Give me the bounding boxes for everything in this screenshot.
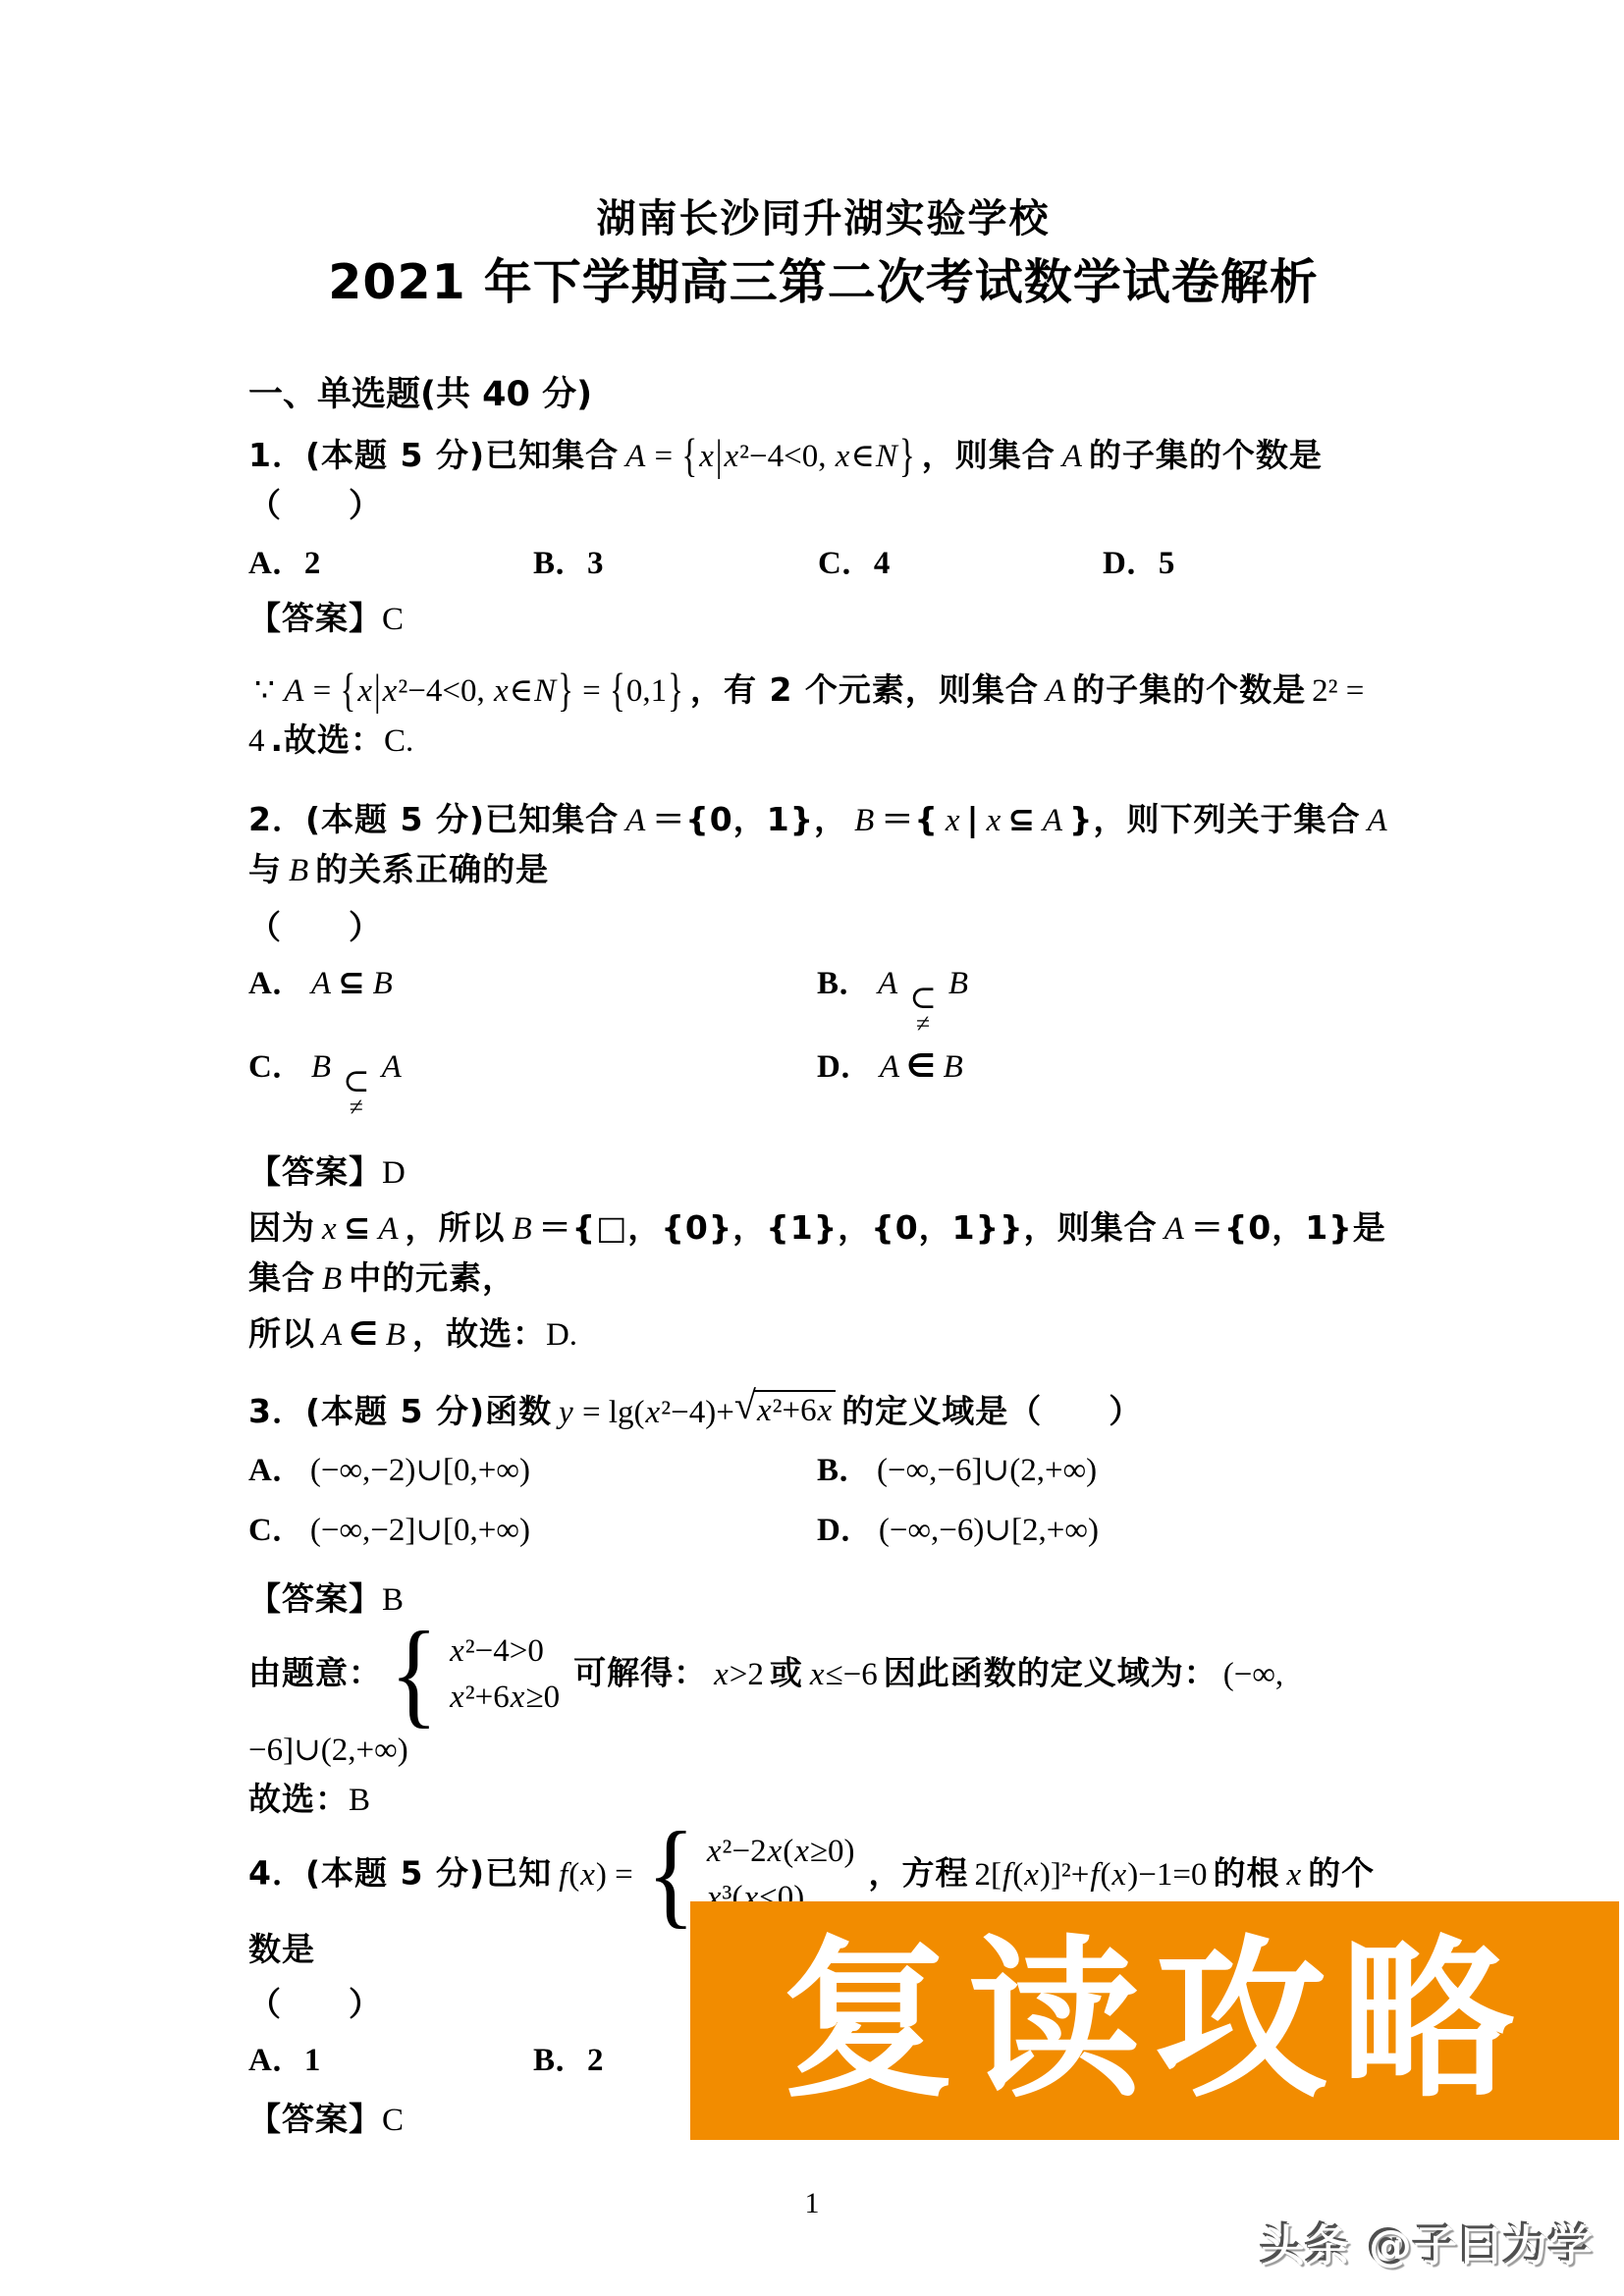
text-run: 1．(本题 5 分)已知集合 bbox=[248, 436, 619, 474]
math-var: f bbox=[1001, 1857, 1012, 1893]
option-label: C． bbox=[248, 1513, 304, 1548]
proper-subset-symbol: ⊂≠ bbox=[343, 1066, 370, 1120]
math-var: x bbox=[756, 1393, 773, 1428]
math-var: x bbox=[986, 803, 1002, 838]
math-run: B bbox=[947, 966, 969, 1001]
question-2-explanation-line-1: 因为x⊆A，所以B＝{□，{0}，{1}，{0，1}}，则集合A＝{0，1}是集… bbox=[248, 1203, 1398, 1304]
math-run: A = {x|x²−4<0, x∈N} bbox=[624, 439, 916, 474]
question-2-stem: 2．(本题 5 分)已知集合A＝{0，1}，B＝{x|x⊆A}，则下列关于集合A… bbox=[248, 795, 1398, 895]
option-label: D． bbox=[817, 1513, 873, 1548]
text-run: 中的元素， bbox=[349, 1258, 515, 1297]
question-1-options: A．2 B．3 C．4 D．5 bbox=[248, 538, 1398, 588]
math-run: A bbox=[310, 966, 332, 1001]
serif-run: B bbox=[349, 1783, 370, 1818]
math-var: A bbox=[310, 966, 332, 1001]
math-run: B bbox=[321, 1261, 343, 1297]
math-var: A bbox=[1042, 803, 1063, 838]
brace: } bbox=[898, 420, 916, 492]
text-run: ⊆ bbox=[1007, 800, 1036, 838]
text-run: ，有 2 个元素，则集合 bbox=[690, 670, 1039, 709]
text-run: ，则集合 bbox=[922, 436, 1056, 474]
math-run: x≤−6 bbox=[809, 1657, 878, 1692]
serif-run: C bbox=[382, 2103, 404, 2138]
text-run: ＝{□，{0}，{1}，{0，1}}，则集合 bbox=[539, 1208, 1158, 1247]
not-equal-icon: ≠ bbox=[350, 1095, 363, 1120]
option-label: C．4 bbox=[818, 546, 890, 581]
math-run: A bbox=[1045, 673, 1066, 709]
option-label: B．2 bbox=[533, 2043, 604, 2078]
text-run: ⊆ bbox=[344, 1208, 372, 1247]
math-var: A bbox=[1045, 673, 1066, 709]
brace: } bbox=[667, 655, 684, 726]
option-a: A．2 bbox=[248, 538, 533, 588]
math-var: y bbox=[558, 1395, 574, 1430]
text-run: ⊆ bbox=[338, 963, 366, 1001]
option-b: B．(−∞,−6]∪(2,+∞) bbox=[817, 1445, 1398, 1495]
radicand: x²+6x bbox=[754, 1390, 836, 1431]
option-label: A．1 bbox=[248, 2043, 320, 2078]
text-run: | bbox=[967, 800, 980, 838]
page-title: 2021 年下学期高三第二次考试数学试卷解析 bbox=[248, 251, 1398, 314]
text-run: 与 bbox=[248, 850, 282, 888]
brace: } bbox=[557, 655, 574, 726]
math-run: B bbox=[853, 803, 875, 838]
option-a: A．1 bbox=[248, 2035, 533, 2085]
math-var: N bbox=[533, 673, 557, 709]
math-var: x bbox=[356, 673, 373, 709]
math-var: x bbox=[1285, 1857, 1302, 1893]
math-var: B bbox=[310, 1049, 332, 1085]
option-label: B． bbox=[817, 1453, 871, 1488]
math-var: A bbox=[381, 1049, 403, 1085]
math-run: (−∞,−6]∪(2,+∞) bbox=[877, 1453, 1097, 1488]
math-var: x bbox=[382, 673, 399, 709]
math-run: A bbox=[1042, 803, 1063, 838]
text-run: （ ） bbox=[248, 908, 382, 946]
math-var: A bbox=[1367, 803, 1388, 838]
math-run: A bbox=[1367, 803, 1388, 838]
watermark: 头条 @子曰为学 bbox=[1262, 2211, 1595, 2273]
text-run: 可解得： bbox=[573, 1654, 707, 1692]
option-label: D．5 bbox=[1103, 546, 1174, 581]
option-label: A． bbox=[248, 966, 304, 1001]
question-3-options-row-2: C．(−∞,−2]∪[0,+∞) D．(−∞,−6)∪[2,+∞) bbox=[248, 1505, 1398, 1555]
sqrt: √x²+6x bbox=[734, 1390, 836, 1431]
banner-text: 复读攻略 bbox=[782, 1935, 1528, 2108]
option-c: C．(−∞,−2]∪[0,+∞) bbox=[248, 1505, 817, 1555]
text-run: 的根 bbox=[1213, 1854, 1279, 1893]
math-run: (−∞,−2]∪[0,+∞) bbox=[310, 1513, 530, 1548]
math-var: x bbox=[713, 1657, 730, 1692]
option-c: C．4 bbox=[818, 538, 1103, 588]
question-3-options-row-1: A．(−∞,−2)∪[0,+∞) B．(−∞,−6]∪(2,+∞) bbox=[248, 1445, 1398, 1495]
math-run: A bbox=[321, 1317, 343, 1353]
text-run: 【答案】 bbox=[248, 2100, 382, 2138]
math-run: A bbox=[1061, 439, 1083, 474]
function-name: lg bbox=[609, 1395, 634, 1430]
math-run: 2[f(x)]²+f(x)−1=0 bbox=[975, 1857, 1208, 1893]
math-var: x bbox=[723, 439, 739, 474]
math-run: x>2 bbox=[713, 1657, 764, 1692]
math-var: x bbox=[510, 1680, 526, 1715]
text-run: （ ） bbox=[248, 1985, 382, 2023]
math-var: A bbox=[624, 803, 646, 838]
math-var: B bbox=[511, 1211, 532, 1247]
question-2-explanation-line-2: 所以A∈B，故选：D. bbox=[248, 1309, 1398, 1360]
banner: 复读攻略 bbox=[690, 1901, 1619, 2140]
math-var: x bbox=[493, 673, 510, 709]
text-run: 3．(本题 5 分)函数 bbox=[248, 1392, 552, 1430]
question-1-stem: 1．(本题 5 分)已知集合A = {x|x²−4<0, x∈N}，则集合A的子… bbox=[248, 431, 1398, 530]
math-run: (−∞,−6)∪[2,+∞) bbox=[879, 1513, 1099, 1548]
option-b: B．3 bbox=[533, 538, 818, 588]
text-run: 的定义域是（ ） bbox=[841, 1392, 1142, 1430]
math-var: A bbox=[1164, 1211, 1185, 1247]
text-run: }，则下列关于集合 bbox=[1069, 800, 1361, 838]
math-var: A bbox=[624, 439, 646, 474]
math-var: A bbox=[283, 673, 304, 709]
math-run: B bbox=[372, 966, 394, 1001]
text-run: ∈ bbox=[349, 1314, 379, 1353]
math-var: B bbox=[947, 966, 969, 1001]
math-var: x bbox=[835, 439, 851, 474]
question-3-conclusion: 故选：B bbox=[248, 1775, 1398, 1825]
text-run: 由题意： bbox=[248, 1654, 382, 1692]
math-var: A bbox=[1061, 439, 1083, 474]
math-var: A bbox=[879, 1049, 900, 1085]
piecewise-definition: {x²−4>0x²+6x≥0 bbox=[390, 1625, 566, 1725]
text-run: ＝{0，1}， bbox=[652, 800, 847, 838]
sqrt-sign-icon: √ bbox=[734, 1386, 756, 1425]
question-1-explanation: ∵ A = {x|x²−4<0, x∈N} = {0,1}，有 2 个元素，则集… bbox=[248, 666, 1398, 766]
math-run: A bbox=[377, 1211, 399, 1247]
math-run: A bbox=[381, 1049, 403, 1085]
serif-run: D. bbox=[546, 1317, 577, 1353]
text-run: ，故选： bbox=[412, 1314, 546, 1353]
exam-page: 湖南长沙同升湖实验学校 2021 年下学期高三第二次考试数学试卷解析 一、单选题… bbox=[0, 0, 1624, 2296]
brace: { bbox=[609, 655, 626, 726]
math-var: x bbox=[449, 1633, 465, 1669]
math-var: x bbox=[321, 1211, 338, 1247]
option-label: B．3 bbox=[533, 546, 604, 581]
serif-run: C. bbox=[384, 723, 413, 759]
math-run: B bbox=[385, 1317, 406, 1353]
math-var: B bbox=[321, 1261, 343, 1297]
option-label: A． bbox=[248, 1453, 304, 1488]
text-run: 所以 bbox=[248, 1314, 315, 1353]
left-brace-icon: { bbox=[390, 1616, 438, 1735]
question-2-paren: （ ） bbox=[248, 903, 1398, 952]
text-run: ，方程 bbox=[869, 1854, 969, 1893]
question-3-working: 由题意：{x²−4>0x²+6x≥0可解得：x>2或x≤−6因此函数的定义域为：… bbox=[248, 1625, 1398, 1775]
math-run: B bbox=[288, 853, 309, 888]
math-var: B bbox=[288, 853, 309, 888]
math-var: x bbox=[1111, 1857, 1128, 1893]
text-run: 的子集的个数是 bbox=[1072, 670, 1306, 709]
math-var: B bbox=[385, 1317, 406, 1353]
math-run: x bbox=[1285, 1857, 1302, 1893]
proper-subset-symbol: ⊂≠ bbox=[909, 983, 937, 1037]
math-run: f(x) = bbox=[558, 1857, 633, 1893]
text-run: .故选： bbox=[271, 721, 385, 759]
text-run: 【答案】 bbox=[248, 1579, 382, 1618]
text-run: 的关系正确的是 bbox=[315, 850, 549, 888]
question-2-options-row-2: C．B⊂≠A D．A∈B bbox=[248, 1041, 1398, 1120]
math-var: x bbox=[1023, 1857, 1040, 1893]
math-run: x bbox=[986, 803, 1002, 838]
math-var: x bbox=[698, 439, 715, 474]
math-run: x bbox=[945, 803, 961, 838]
text-run: 或 bbox=[770, 1654, 803, 1692]
math-run: B bbox=[511, 1211, 532, 1247]
set-builder-bar: | bbox=[715, 423, 724, 490]
text-run: 2．(本题 5 分)已知集合 bbox=[248, 800, 619, 838]
math-var: x bbox=[817, 1393, 834, 1428]
text-run: 故选： bbox=[248, 1780, 349, 1818]
math-var: x bbox=[767, 1834, 784, 1869]
math-run: y = lg(x²−4)+√x²+6x bbox=[558, 1395, 836, 1430]
option-label: C． bbox=[248, 1049, 304, 1085]
math-var: x bbox=[793, 1834, 810, 1869]
math-var: x bbox=[809, 1657, 826, 1692]
text-run: ＝{ bbox=[881, 800, 939, 838]
page-content: 湖南长沙同升湖实验学校 2021 年下学期高三第二次考试数学试卷解析 一、单选题… bbox=[0, 0, 1624, 2145]
serif-run: C bbox=[382, 602, 404, 637]
math-run: (−∞,−2)∪[0,+∞) bbox=[310, 1453, 530, 1488]
math-run: A bbox=[624, 803, 646, 838]
text-run: 【答案】 bbox=[248, 1152, 382, 1191]
math-run: ∵ A = {x|x²−4<0, x∈N} = {0,1} bbox=[254, 673, 684, 709]
text-run: 因为 bbox=[248, 1208, 315, 1247]
math-var: B bbox=[943, 1049, 964, 1085]
text-run: 【答案】 bbox=[248, 599, 382, 637]
math-run: A bbox=[1164, 1211, 1185, 1247]
math-var: B bbox=[372, 966, 394, 1001]
piecewise-line: x²−2x(x≥0) bbox=[706, 1832, 855, 1872]
math-run: A bbox=[879, 1049, 900, 1085]
math-var: A bbox=[877, 966, 898, 1001]
question-1-answer: 【答案】C bbox=[248, 594, 1398, 644]
math-var: f bbox=[558, 1857, 568, 1893]
section-heading: 一、单选题(共 40 分) bbox=[248, 370, 1398, 419]
serif-run: D bbox=[382, 1155, 406, 1191]
text-run: 因此函数的定义域为： bbox=[884, 1654, 1218, 1692]
brace: { bbox=[340, 655, 357, 726]
math-run: x bbox=[321, 1211, 338, 1247]
option-label: B． bbox=[817, 966, 871, 1001]
math-run: A bbox=[877, 966, 898, 1001]
text-run: ，所以 bbox=[405, 1208, 505, 1247]
option-c: C．B⊂≠A bbox=[248, 1041, 817, 1120]
option-b: B．A⊂≠B bbox=[817, 958, 1398, 1037]
school-name: 湖南长沙同升湖实验学校 bbox=[248, 194, 1398, 243]
option-d: D．A∈B bbox=[817, 1041, 1398, 1092]
math-var: x bbox=[579, 1857, 596, 1893]
set-builder-bar: | bbox=[373, 658, 382, 724]
not-equal-icon: ≠ bbox=[916, 1011, 930, 1037]
brace: { bbox=[680, 420, 698, 492]
piecewise-line: x²−4>0 bbox=[449, 1631, 560, 1672]
math-var: x bbox=[945, 803, 961, 838]
math-var: N bbox=[875, 439, 898, 474]
math-run: B bbox=[310, 1049, 332, 1085]
option-d: D．5 bbox=[1103, 538, 1398, 588]
piecewise-line: x²+6x≥0 bbox=[449, 1678, 560, 1718]
math-var: B bbox=[853, 803, 875, 838]
text-run: 4．(本题 5 分)已知 bbox=[248, 1854, 552, 1893]
question-3-stem: 3．(本题 5 分)函数y = lg(x²−4)+√x²+6x的定义域是（ ） bbox=[248, 1387, 1398, 1437]
text-run: ∈ bbox=[906, 1046, 937, 1085]
option-a: A．A⊆B bbox=[248, 958, 817, 1008]
math-var: x bbox=[645, 1395, 662, 1430]
piecewise-lines: x²−4>0x²+6x≥0 bbox=[443, 1631, 566, 1719]
option-d: D．(−∞,−6)∪[2,+∞) bbox=[817, 1505, 1398, 1555]
question-2-options-row-1: A．A⊆B B．A⊂≠B bbox=[248, 958, 1398, 1037]
math-var: A bbox=[321, 1317, 343, 1353]
option-label: D． bbox=[817, 1049, 873, 1085]
option-label: A．2 bbox=[248, 546, 320, 581]
math-var: x bbox=[449, 1680, 465, 1715]
left-brace-icon: { bbox=[647, 1816, 695, 1935]
option-a: A．(−∞,−2)∪[0,+∞) bbox=[248, 1445, 817, 1495]
math-var: f bbox=[1089, 1857, 1100, 1893]
question-2-answer: 【答案】D bbox=[248, 1148, 1398, 1198]
math-var: A bbox=[377, 1211, 399, 1247]
math-run: B bbox=[943, 1049, 964, 1085]
math-var: x bbox=[706, 1834, 723, 1869]
